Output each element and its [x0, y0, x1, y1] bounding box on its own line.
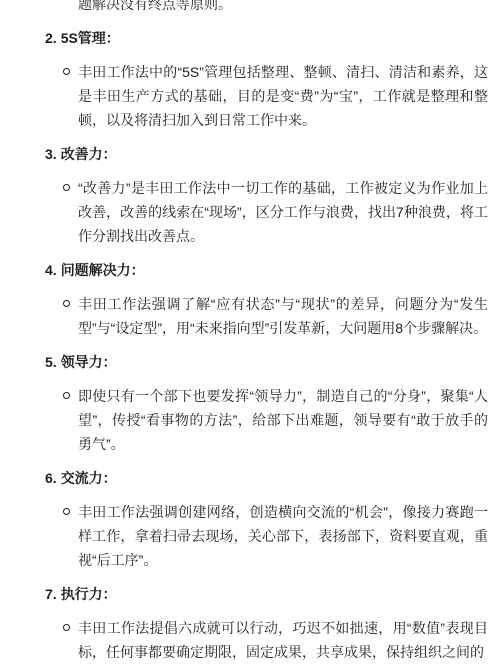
bullet-text: 丰田工作法提倡六成就可以行动，巧迟不如拙速，用“数值”表现目标，任何事都要确定期… [78, 616, 488, 664]
section-number: 6. [45, 470, 57, 486]
section-title: 问题解决力： [61, 262, 145, 278]
section-title: 交流力： [61, 470, 117, 486]
section-number: 3. [45, 146, 57, 162]
section-number: 5. [45, 354, 57, 370]
section-title: 领导力： [61, 354, 117, 370]
bullet-item: 丰田工作法中的“5S”管理包括整理、整顿、清扫、清洁和素养，这是丰田生产方式的基… [63, 60, 500, 132]
section-title: 5S管理： [61, 30, 120, 46]
section-heading: 3.改善力： [45, 142, 500, 166]
section-number: 4. [45, 262, 57, 278]
section-heading: 7.执行力： [45, 582, 500, 606]
circle-bullet-icon [63, 300, 70, 307]
bullet-text: 丰田工作法强调创建网络，创造横向交流的“机会”，像接力赛跑一样工作，拿着扫帚去现… [78, 500, 488, 572]
section-number: 7. [45, 586, 57, 602]
section-title: 改善力： [61, 146, 117, 162]
section-number: 2. [45, 30, 57, 46]
section-leadership: 5.领导力： 即使只有一个部下也要发挥“领导力”，制造自己的“分身”，聚集“人望… [0, 350, 500, 456]
section-problem-solving: 4.问题解决力： 丰田工作法强调了解“应有状态”与“现状”的差异，问题分为“发生… [0, 258, 500, 340]
section-title: 执行力： [61, 586, 117, 602]
section-heading: 6.交流力： [45, 466, 500, 490]
circle-bullet-icon [63, 392, 70, 399]
bullet-item: 丰田工作法强调创建网络，创造横向交流的“机会”，像接力赛跑一样工作，拿着扫帚去现… [63, 500, 500, 572]
bullet-item: 即使只有一个部下也要发挥“领导力”，制造自己的“分身”，聚集“人望”，传授“看事… [63, 384, 500, 456]
bullet-text: 丰田工作法中的“5S”管理包括整理、整顿、清扫、清洁和素养，这是丰田生产方式的基… [78, 60, 488, 132]
partial-paragraph-top: 题解决没有终点等原则。 [78, 0, 488, 16]
bullet-text: 丰田工作法强调了解“应有状态”与“现状”的差异，问题分为“发生型”与“设定型”，… [78, 292, 488, 340]
document-page: 题解决没有终点等原则。 2.5S管理： 丰田工作法中的“5S”管理包括整理、整顿… [0, 0, 500, 667]
section-execution: 7.执行力： 丰田工作法提倡六成就可以行动，巧迟不如拙速，用“数值”表现目标，任… [0, 582, 500, 664]
bullet-item: “改善力”是丰田工作法中一切工作的基础，工作被定义为作业加上改善，改善的线索在“… [63, 176, 500, 248]
circle-bullet-icon [63, 624, 70, 631]
bullet-text: 即使只有一个部下也要发挥“领导力”，制造自己的“分身”，聚集“人望”，传授“看事… [78, 384, 488, 456]
bullet-item: 丰田工作法提倡六成就可以行动，巧迟不如拙速，用“数值”表现目标，任何事都要确定期… [63, 616, 500, 664]
bullet-text: “改善力”是丰田工作法中一切工作的基础，工作被定义为作业加上改善，改善的线索在“… [78, 176, 488, 248]
section-heading: 5.领导力： [45, 350, 500, 374]
circle-bullet-icon [63, 508, 70, 515]
section-5s: 2.5S管理： 丰田工作法中的“5S”管理包括整理、整顿、清扫、清洁和素养，这是… [0, 26, 500, 132]
section-heading: 4.问题解决力： [45, 258, 500, 282]
section-kaizen: 3.改善力： “改善力”是丰田工作法中一切工作的基础，工作被定义为作业加上改善，… [0, 142, 500, 248]
section-communication: 6.交流力： 丰田工作法强调创建网络，创造横向交流的“机会”，像接力赛跑一样工作… [0, 466, 500, 572]
section-heading: 2.5S管理： [45, 26, 500, 50]
bullet-item: 丰田工作法强调了解“应有状态”与“现状”的差异，问题分为“发生型”与“设定型”，… [63, 292, 500, 340]
circle-bullet-icon [63, 184, 70, 191]
circle-bullet-icon [63, 68, 70, 75]
